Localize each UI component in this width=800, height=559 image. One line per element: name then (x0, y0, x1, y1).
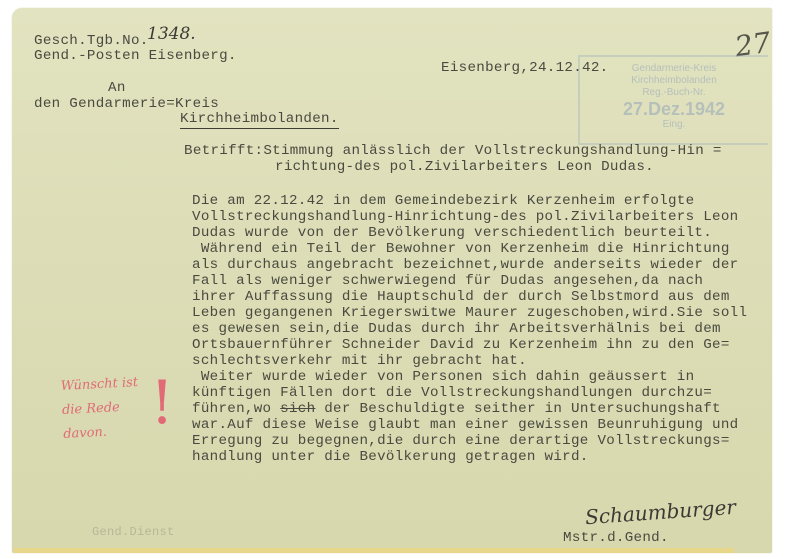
body-line: Die am 22.12.42 in dem Gemeindebezirk Ke… (192, 194, 694, 210)
body-line: war.Auf diese Weise glaubt man einer gew… (192, 418, 738, 434)
subject-line2: richtung-des pol.Zivilarbeiters Leon Dud… (275, 160, 654, 176)
body-line-start: führen,wo (192, 401, 280, 417)
body-line: als durchaus angebracht bezeichnet,wurde… (192, 258, 738, 274)
subject-line1: Stimmung anlässlich der Vollstreckungsha… (263, 143, 721, 159)
stamp-date: 27.Dez.1942 (580, 99, 768, 119)
stamp-line: Eing. (580, 119, 768, 131)
body-line: führen,wo sich der Beschuldigte seither … (192, 402, 721, 418)
body-line: Vollstreckungshandlung-Hinrichtung-des p… (192, 210, 738, 226)
subject-block: Betrifft:Stimmung anlässlich der Vollstr… (184, 144, 722, 160)
body-line: Erregung zu begegnen,die durch eine dera… (192, 434, 730, 450)
margin-annotation: Wünscht ist die Rede davon. (60, 371, 141, 447)
recipient-kreis: Kirchheimbolanden. (180, 111, 339, 129)
body-line: schlechtsverkehr mit ihr gebracht hat. (192, 354, 527, 370)
body-line: Ortsbauernführer Schneider David zu Kerz… (192, 338, 730, 354)
signature-title: Mstr.d.Gend. (563, 531, 669, 547)
body-line: ihrer Auffassung die Hauptschuld der dur… (192, 290, 730, 306)
body-line: handlung unter die Bevölkerung getragen … (192, 450, 589, 466)
body-line: Während ein Teil der Bewohner von Kerzen… (192, 242, 730, 258)
recipient-an: An (108, 81, 126, 97)
margin-line: davon. (63, 419, 141, 447)
paper-edge (14, 548, 734, 553)
stamp-line: Kirchheimbolanden (580, 75, 768, 87)
body-line: Weiter wurde wieder von Personen sich da… (192, 370, 694, 386)
body-line: Dudas wurde von der Bevölkerung verschie… (192, 226, 712, 242)
body-line-rest: der Beschuldigte seither in Untersuchung… (315, 401, 720, 417)
body-line: Fall als weniger schwerwiegend für Dudas… (192, 274, 703, 290)
stamp-line: Reg.-Buch-Nr. (580, 87, 768, 99)
place-date: Eisenberg,24.12.42. (441, 61, 608, 77)
posten-name: Gend.-Posten Eisenberg. (34, 49, 237, 65)
bleed-through-text: Gend.Dienst (92, 525, 175, 541)
struck-word: sich (280, 401, 315, 417)
recipient-line2: Kirchheimbolanden. (180, 112, 339, 128)
tgb-number: 1348. (147, 24, 196, 44)
margin-line: Wünscht ist (60, 371, 138, 399)
body-line: es gewesen sein,die Dudas durch ihr Arbe… (192, 322, 721, 338)
body-line: künftigen Fällen dort die Vollstreckungs… (192, 386, 712, 402)
body-line: Leben gegangenen Kriegerswitwe Maurer zu… (192, 306, 747, 322)
margin-mark-icon: ! (150, 373, 174, 433)
subject-label: Betrifft: (184, 143, 263, 159)
